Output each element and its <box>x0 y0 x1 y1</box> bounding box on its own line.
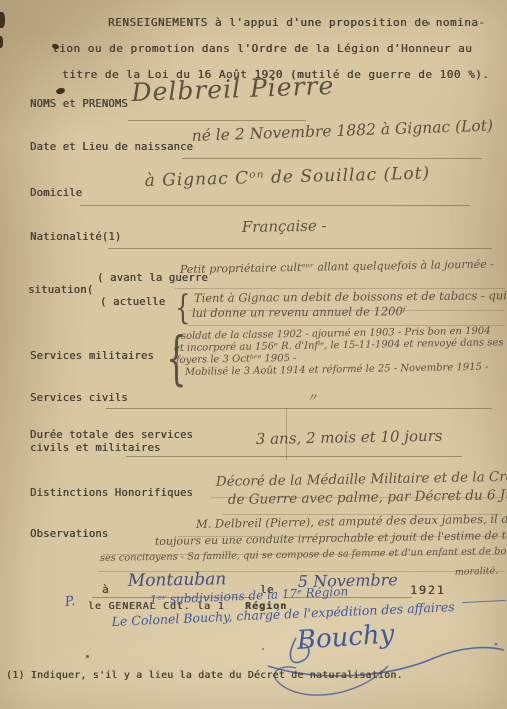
ruled-line <box>103 554 505 555</box>
ruled-line <box>128 120 306 121</box>
ink-speck <box>55 87 65 95</box>
ruled-line <box>80 205 470 206</box>
ruled-line <box>106 408 492 409</box>
field-label-distinctions: Distinctions Honorifiques <box>30 487 193 499</box>
field-value-obs-2: toujours eu une conduite irréprochable e… <box>155 529 507 548</box>
field-value-distinctions-1: Décoré de la Médaille Militaire et de la… <box>216 469 507 490</box>
field-label-services-civils: Services civils <box>30 392 128 404</box>
fold-mark <box>286 408 287 460</box>
ink-speck <box>262 648 264 650</box>
header-line-2: tion ou de promotion dans l'Ordre de la … <box>52 42 472 55</box>
closing-place: Montauban <box>128 569 227 591</box>
field-label-duree-1: Durée totale des services <box>30 429 193 441</box>
edge-mark <box>0 36 3 48</box>
field-value-situation-avant: Petit propriétaire cultᵉᵘʳ allant quelqu… <box>180 258 494 276</box>
field-label-situation-actuelle: ( actuelle <box>100 296 165 308</box>
footnote: (1) Indiquer, s'il y a lieu la date du D… <box>6 670 403 681</box>
signature-flourish <box>238 620 507 700</box>
field-label-noms: NOMS et PRENOMS <box>30 98 128 110</box>
field-label-naissance: Date et Lieu de naissance <box>30 141 193 153</box>
brace-glyph: { <box>175 288 190 328</box>
closing-year: 1921 <box>410 583 446 597</box>
field-value-duree: 3 ans, 2 mois et 10 jours <box>256 427 443 448</box>
field-value-noms: Delbreil Pierre <box>131 71 335 107</box>
ruled-line <box>126 456 462 457</box>
field-value-sm-3: foyers le 3 Octᵇʳᵉ 1905 - <box>176 353 297 366</box>
field-label-services-militaires: Services militaires <box>30 350 154 362</box>
field-label-observations: Observations <box>30 528 108 540</box>
field-value-nationalite: Française - <box>242 217 327 236</box>
ink-speck <box>86 655 89 658</box>
field-label-duree-2: civils et militaires <box>30 442 160 454</box>
field-label-nationalite: Nationalité(1) <box>30 231 121 243</box>
ink-stroke <box>462 600 506 603</box>
field-label-domicile: Domicile <box>30 187 82 199</box>
ruled-line <box>178 536 505 537</box>
field-value-services-civils: 〃 <box>306 389 318 406</box>
ruled-line <box>188 310 505 311</box>
closing-at-label: à <box>102 583 109 596</box>
edge-mark <box>0 12 5 28</box>
field-value-situation-actuelle-1: Tient à Gignac un debit de boissons et d… <box>194 288 507 305</box>
field-label-situation: situation( <box>28 284 93 296</box>
signoff-prefix: P. <box>64 594 76 610</box>
ruled-line <box>108 248 492 249</box>
ink-speck <box>427 22 430 25</box>
field-value-domicile: à Gignac Cᵒⁿ de Souillac (Lot) <box>144 164 430 191</box>
field-value-situation-actuelle-2: lui donne un revenu annuel de 1200ᶠ <box>192 304 406 320</box>
ruled-line <box>182 158 482 159</box>
ruled-line <box>210 497 502 498</box>
scanned-document-page: RENSEIGNEMENTS à l'appui d'une propositi… <box>0 0 507 709</box>
